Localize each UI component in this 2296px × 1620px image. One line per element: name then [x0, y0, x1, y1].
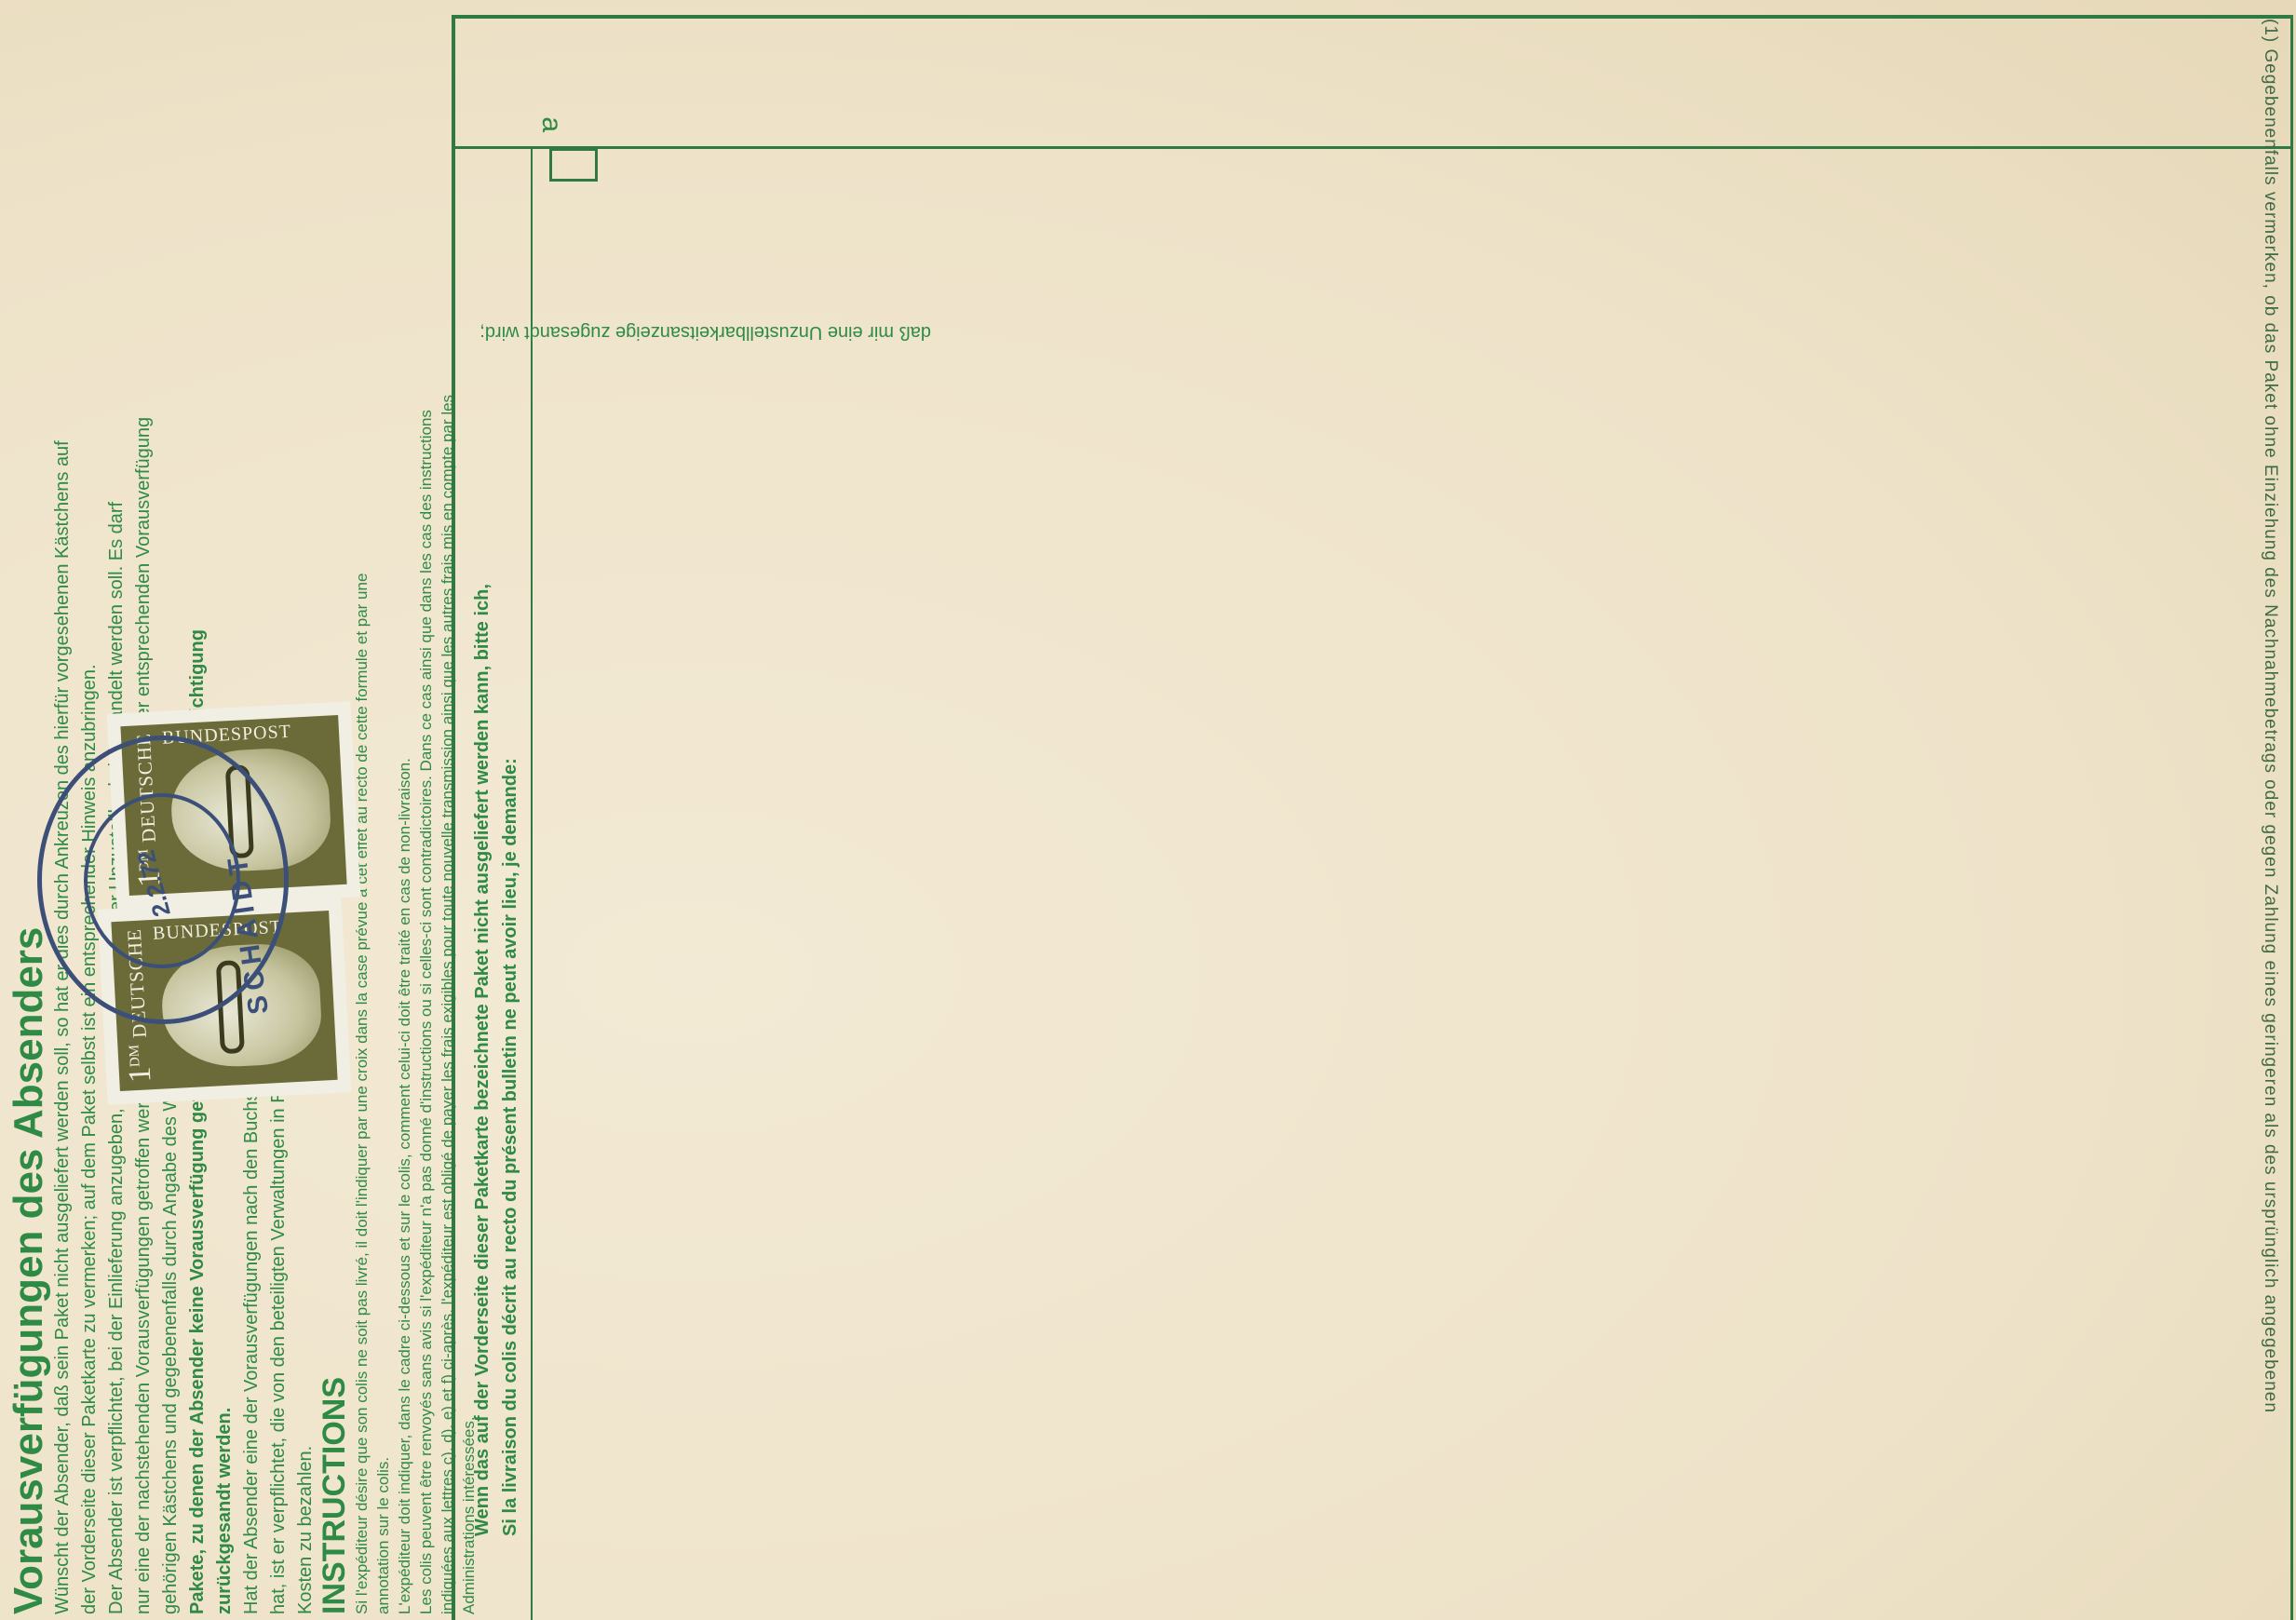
form-intro-de: Wenn das auf der Vorderseite dieser Pake… — [470, 584, 495, 1536]
form-frame-left — [452, 19, 455, 1620]
form-intro-fr: Si la livraison du colis décrit au recto… — [498, 758, 523, 1536]
checkbox-a[interactable] — [549, 148, 598, 182]
instructions-fr: Les colis peuvent être renvoyés sans avi… — [416, 410, 437, 1614]
form-frame-bottom — [2290, 15, 2293, 1620]
sender-instructions-para: Kosten zu bezahlen. — [293, 1446, 318, 1614]
sender-instructions-bold: zurückgesandt werden. — [212, 1408, 237, 1614]
option-letter-a: a — [535, 116, 567, 132]
instructions-fr: L'expéditeur doit indiquer, dans le cadr… — [395, 758, 415, 1614]
row-divider — [531, 149, 533, 1620]
instructions-fr: Si l'expéditeur désire que son colis ne … — [352, 574, 372, 1614]
footnote-de-1: (1) Gegebenenfalls vermerken, ob das Pak… — [2259, 19, 2281, 1413]
instructions-title-fr: INSTRUCTIONS — [317, 1377, 352, 1614]
stamp-value: 1DM — [121, 1044, 158, 1084]
sender-instructions-para: gehörigen Kästchens und gegebenenfalls d… — [158, 1028, 183, 1614]
sender-instructions-para: Wünscht der Absender, daß sein Paket nic… — [50, 440, 75, 1614]
letter-column-divider — [452, 146, 2290, 149]
form-frame-right — [452, 15, 2290, 19]
option-a-de: daß mir eine Unzustellbarkeitsanzeige zu… — [479, 319, 931, 344]
parcel-card-reverse: Vorausverfügungen des Absenders Wünscht … — [0, 0, 2296, 1620]
instructions-fr: annotation sur le colis. — [373, 1457, 394, 1614]
sender-instructions-title: Vorausverfügungen des Absenders — [6, 927, 52, 1614]
